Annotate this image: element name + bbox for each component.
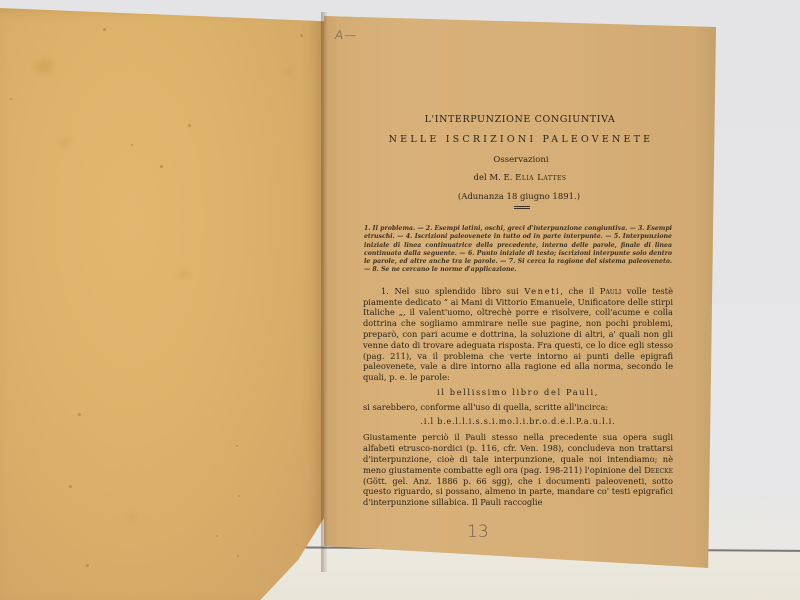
foxing-spot (131, 144, 133, 146)
foxing-spot (10, 98, 12, 100)
foxing-stain (285, 66, 293, 76)
foxing-spot (300, 34, 303, 37)
foxing-spot (160, 165, 163, 168)
table-surface (250, 550, 800, 600)
book-gutter (321, 12, 327, 572)
foxing-spot (236, 445, 238, 447)
left-page-blank (0, 8, 324, 600)
transition-line: si sarebbero, conforme all'uso di quella… (363, 402, 673, 413)
foxing-stain (34, 58, 54, 74)
author-line: del M. E. Elia Lattes (366, 173, 674, 184)
name-pauli: Pauli (600, 286, 621, 296)
title-line-2: NELLE ISCRIZIONI PALEOVENETE (368, 134, 674, 146)
pencil-annotation: A— (334, 28, 359, 42)
handwritten-page-number: 13 (467, 522, 489, 542)
title-divider (514, 206, 530, 207)
author-name: Elia Lattes (515, 173, 566, 183)
name-deecke: Deecke (644, 465, 673, 475)
foxing-spot (69, 485, 72, 488)
example-plain: il bellissimo libro del Pauli, (363, 387, 673, 398)
book-title-veneti: Veneti (524, 286, 560, 296)
foxing-spot (103, 28, 106, 31)
foxing-spot (188, 124, 191, 127)
author-prefix: del M. E. (474, 173, 513, 183)
foxing-stain (128, 513, 136, 521)
paragraph-2-text-a: Giustamente perciò il Pauli stesso nella… (363, 432, 673, 474)
foxing-spot (86, 564, 89, 567)
section-summary: 1. Il problema. — 2. Esempi latini, osch… (364, 225, 672, 275)
paragraph-1-text-b: , che il (560, 286, 600, 296)
foxing-spot (216, 535, 218, 537)
foxing-stain (180, 270, 188, 278)
foxing-spot (237, 555, 239, 557)
article-body: 1. Nel suo splendido libro sui Veneti, c… (363, 286, 673, 508)
example-punctuated: .i.l b.e.l.l.i.s.s.i.mo.l.i.br.o.d.e.l.P… (363, 417, 673, 428)
paragraph-1-text-a: 1. Nel suo splendido libro sui (381, 286, 524, 296)
article-page: L'INTERPUNZIONE CONGIUNTIVA NELLE ISCRIZ… (354, 112, 674, 508)
foxing-spot (78, 413, 81, 416)
paragraph-1: 1. Nel suo splendido libro sui Veneti, c… (363, 286, 673, 383)
foxing-stain (60, 138, 70, 146)
paragraph-1-text-c: volle testè piamente dedicato “ ai Mani … (363, 286, 673, 382)
subtitle: Osservazioni (368, 155, 674, 166)
meeting-date: (Adunanza 18 giugno 1891.) (364, 192, 674, 203)
foxing-spot (238, 495, 240, 497)
title-line-1: L'INTERPUNZIONE CONGIUNTIVA (366, 114, 674, 126)
paragraph-2: Giustamente perciò il Pauli stesso nella… (363, 432, 673, 508)
paragraph-2-text-b: (Gött. gel. Anz. 1886 p. 66 sgg), che i … (363, 476, 673, 508)
